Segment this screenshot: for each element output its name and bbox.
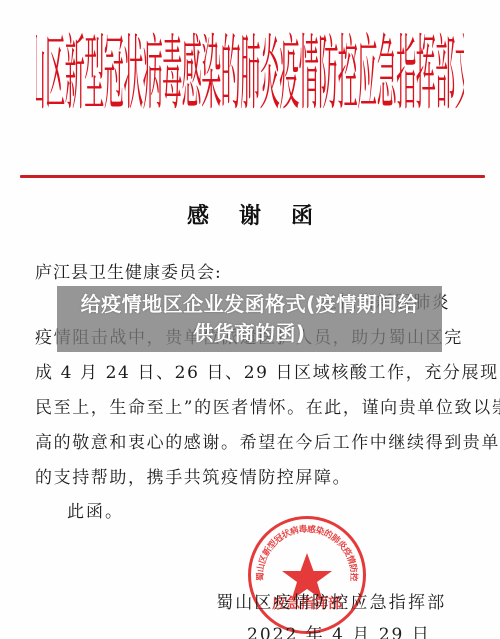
body-line-4: 民至上，生命至上”的医者情怀。在此，谨向贵单位致以崇 [35, 393, 471, 418]
body-line-5: 高的敬意和衷心的感谢。希望在今后工作中继续得到贵单位 [35, 428, 471, 453]
header-title: 蜀山区新型冠状病毒感染的肺炎疫情防控应急指挥部文件 [36, 32, 464, 114]
signature: 蜀山区疫情防控应急指挥部 [216, 588, 446, 613]
signing-date: 2022 年 4 月 29 日 [247, 620, 431, 639]
salutation: 庐江县卫生健康委员会: [35, 258, 222, 283]
document-page: 蜀山区新型冠状病毒感染的肺炎疫情防控应急指挥部文件 感谢函 庐江县卫生健康委员会… [0, 0, 500, 639]
caption-title-line-2: 供货商的函) [193, 319, 305, 348]
document-header: 蜀山区新型冠状病毒感染的肺炎疫情防控应急指挥部文件 [36, 30, 464, 116]
official-seal: 蜀山区新型冠状病毒感染的肺炎疫情防控 应急指挥部 [248, 516, 366, 634]
body-line-6: 的支持帮助，携手共筑疫情防控屏障。 [35, 463, 471, 488]
caption-overlay: 给疫情地区企业发函格式(疫情期间给 供货商的函) [57, 286, 442, 352]
caption-title-line-1: 给疫情地区企业发函格式(疫情期间给 [81, 290, 419, 319]
red-divider-line [20, 175, 485, 178]
letter-title: 感谢函 [0, 199, 500, 230]
body-line-3: 成 4 月 24 日、26 日、29 日区域核酸工作，充分展现了“人 [35, 358, 471, 383]
seal-graphic: 蜀山区新型冠状病毒感染的肺炎疫情防控 [251, 519, 363, 631]
closing-text: 此函。 [67, 497, 124, 522]
